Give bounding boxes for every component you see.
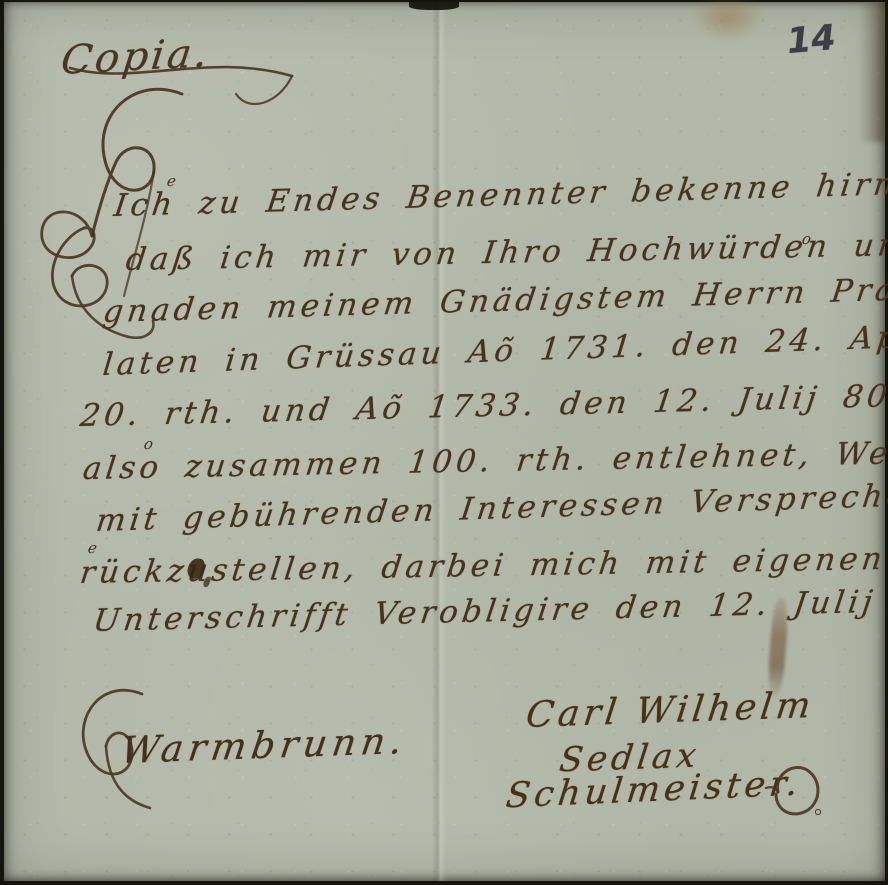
scan-edge-mark xyxy=(409,2,459,10)
manuscript-line-5: 20. rth. und Aõ 1733. den 12. Julij 80. … xyxy=(78,376,888,434)
fold-crease xyxy=(432,2,446,881)
scanned-document: Copia. 14 Ich zu Endes Benennter bekenne… xyxy=(0,0,888,885)
paper-sheet: Copia. 14 Ich zu Endes Benennter bekenne… xyxy=(4,2,885,881)
manuscript-line-1: Ich zu Endes Benennter bekenne hirmit xyxy=(112,165,888,224)
signature-end-flourish xyxy=(764,762,824,818)
stain-top-right xyxy=(692,0,764,42)
scan-edge-shadow xyxy=(859,2,885,142)
signature-title: Schulmeister. xyxy=(504,764,804,817)
folio-number: 14 xyxy=(785,18,837,62)
manuscript-line-9: Unterschrifft Verobligire den 12. Julij … xyxy=(91,581,888,639)
manuscript-line-4: laten in Grüssau Aõ 1731. den 24. April xyxy=(101,318,888,383)
signature-name-line1: Carl Wilhelm xyxy=(524,685,817,736)
place-signature: Warmbrunn. xyxy=(118,719,410,772)
manuscript-line-2: daß ich mir von Ihro Hochwürden und xyxy=(124,227,888,278)
manuscript-line-3: gnaden meinem Gnädigstem Herrn Præ- xyxy=(101,271,888,330)
manuscript-line-7: mit gebührenden Interessen Verspreche zu… xyxy=(94,475,888,539)
manuscript-line-6: also zusammen 100. rth. entlehnet, Welch… xyxy=(81,434,888,487)
